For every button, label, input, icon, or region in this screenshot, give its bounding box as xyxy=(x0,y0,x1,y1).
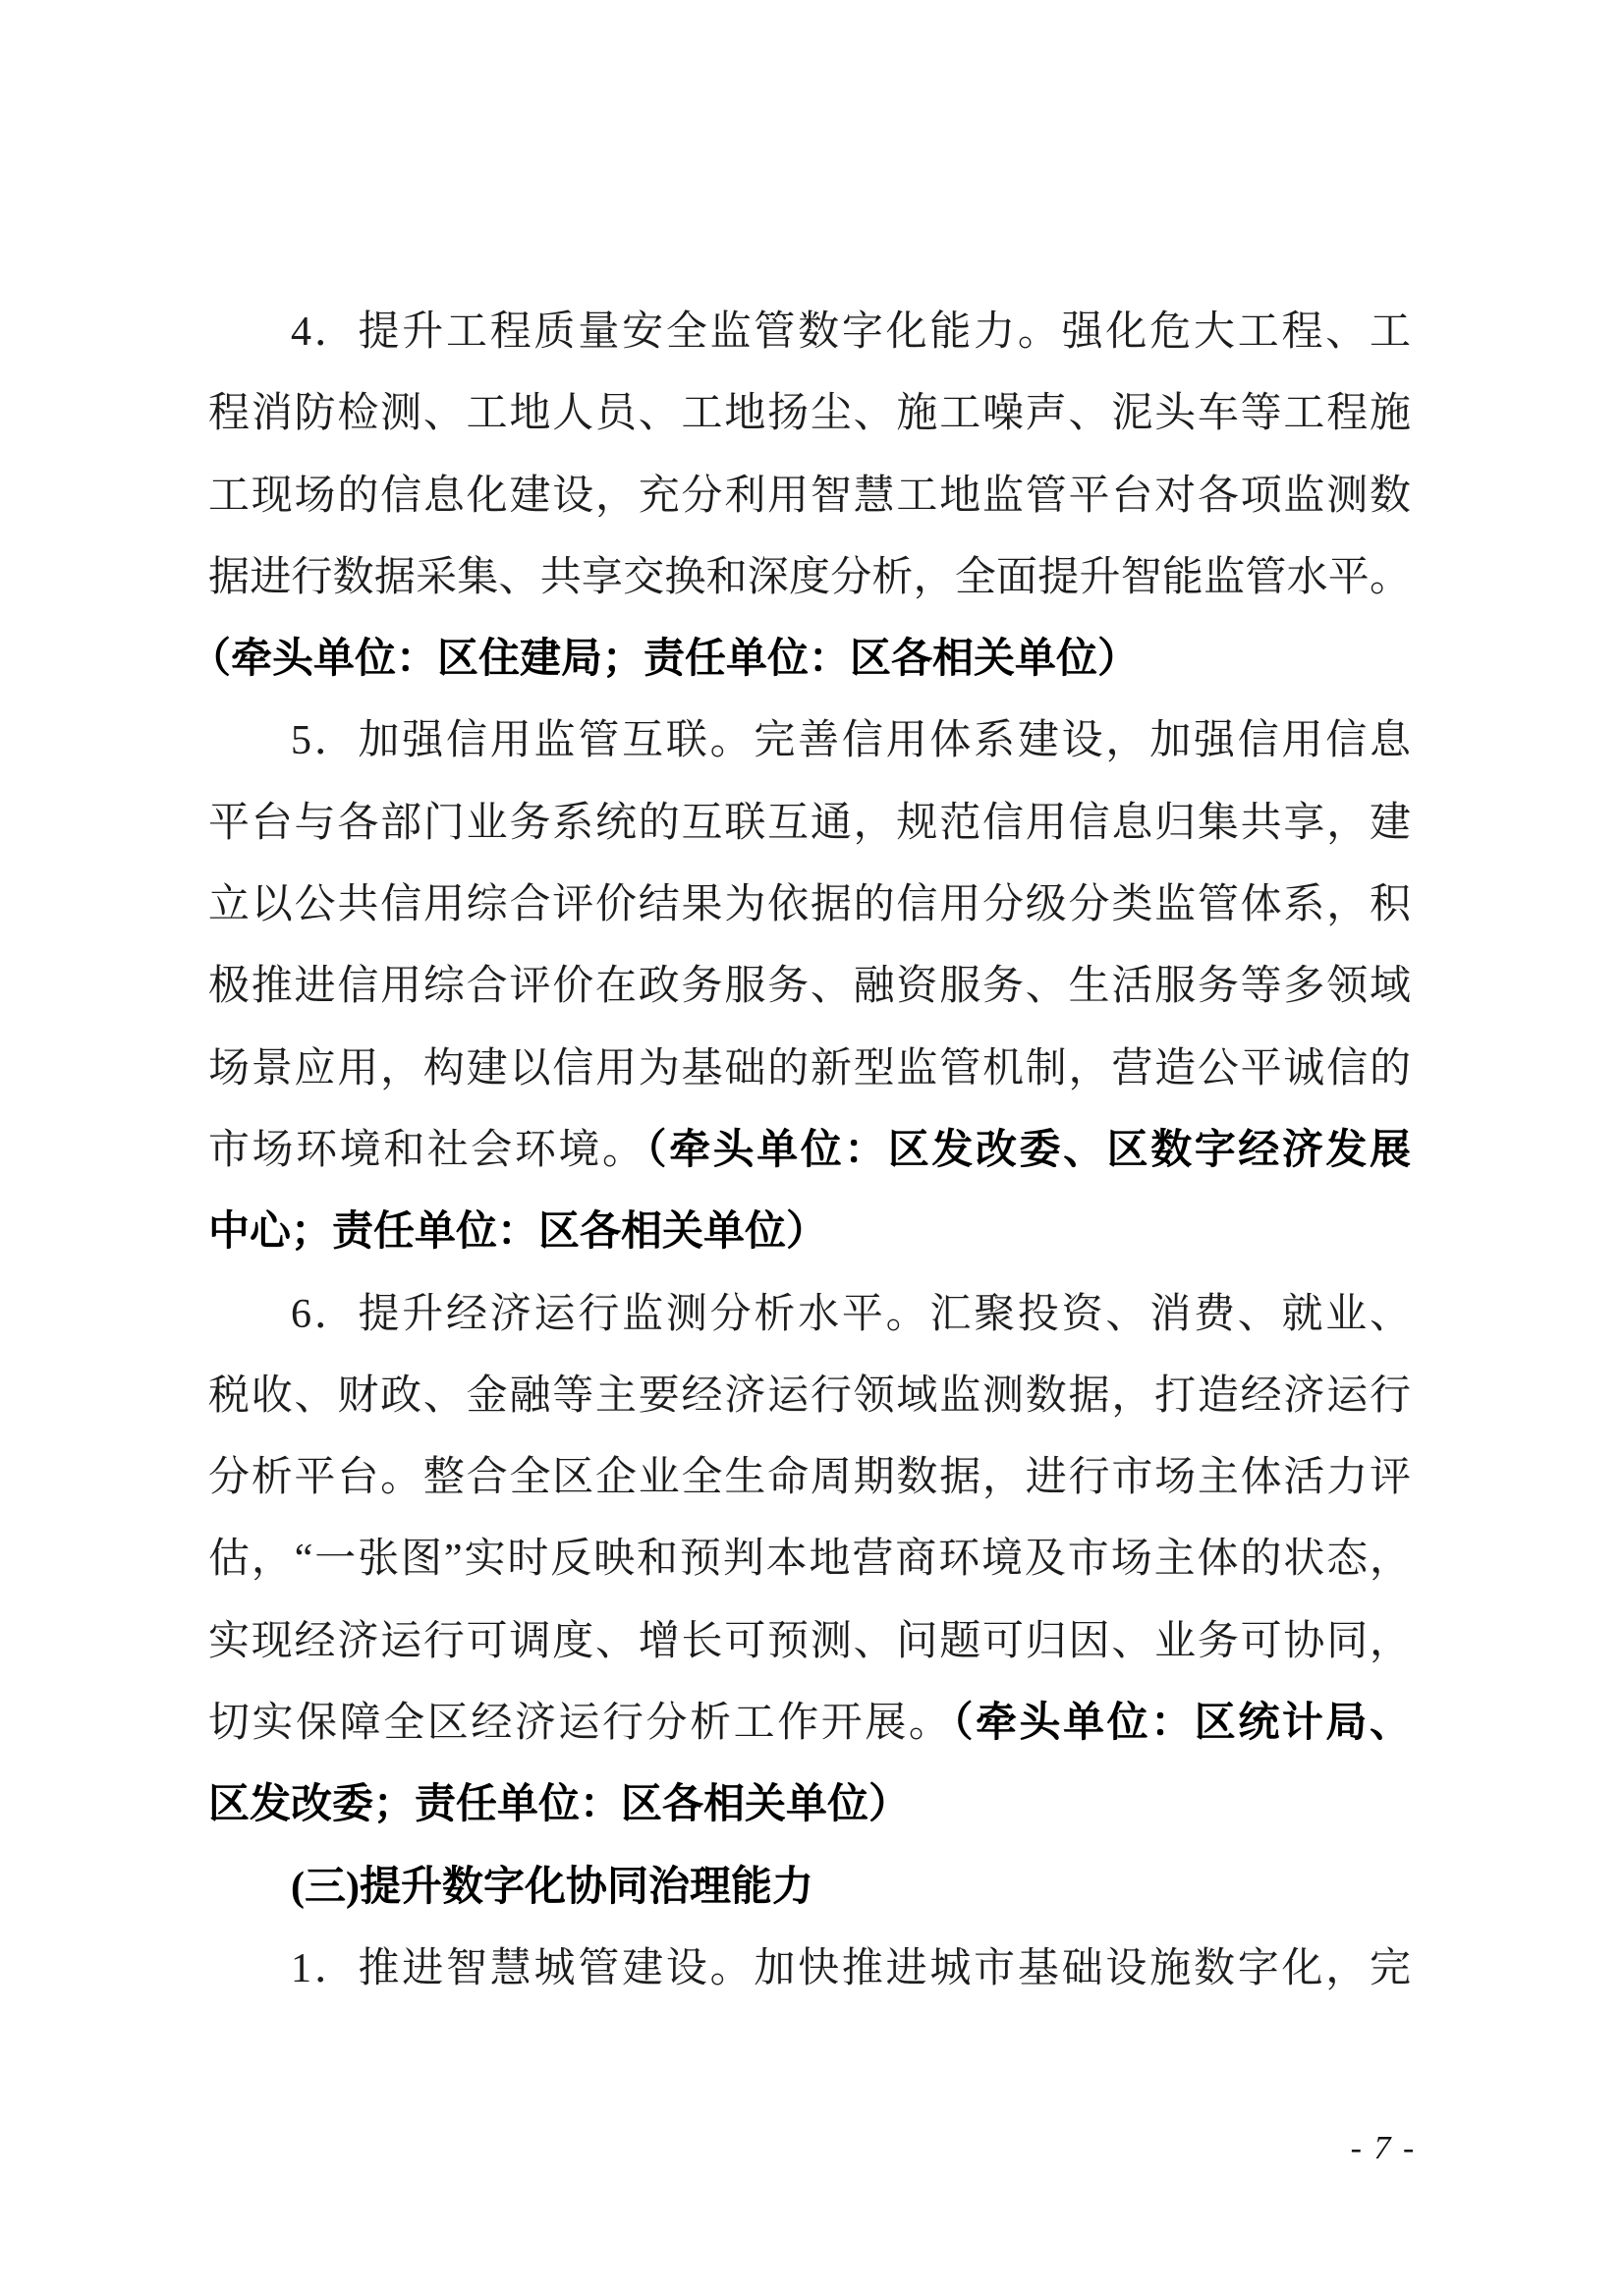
body-line: 5．加强信用监管互联。完善信用体系建设，加强信用信息 xyxy=(208,700,1411,782)
body-line: 6．提升经济运行监测分析水平。汇聚投资、消费、就业、 xyxy=(208,1274,1411,1356)
responsibility-note: （牵头单位：区统计局、 xyxy=(952,1701,1411,1746)
body-line: 切实保障全区经济运行分析工作开展。（牵头单位：区统计局、 xyxy=(208,1683,1411,1764)
body-line: 税收、财政、金融等主要经济运行领域监测数据，打造经济运行 xyxy=(208,1356,1411,1437)
body-line: 4．提升工程质量安全监管数字化能力。强化危大工程、工 xyxy=(208,292,1411,373)
line-text: 切实保障全区经济运行分析工作开展。 xyxy=(208,1701,952,1746)
line-text: 4．提升工程质量安全监管数字化能力。强化危大工程、工 xyxy=(291,309,1411,355)
line-text: 据进行数据采集、共享交换和深度分析，全面提升智能监管水平。 xyxy=(208,555,1411,600)
line-text: 程消防检测、工地人员、工地扬尘、施工噪声、泥头车等工程施 xyxy=(208,391,1411,436)
line-text: 实现经济运行可调度、增长可预测、问题可归因、业务可协同， xyxy=(208,1619,1411,1664)
body-line: 工现场的信息化建设，充分利用智慧工地监管平台对各项监测数 xyxy=(208,456,1411,537)
body-line: 极推进信用综合评价在政务服务、融资服务、生活服务等多领域 xyxy=(208,946,1411,1028)
body-line: 市场环境和社会环境。（牵头单位：区发改委、区数字经济发展 xyxy=(208,1110,1411,1192)
document-page: 4．提升工程质量安全监管数字化能力。强化危大工程、工 程消防检测、工地人员、工地… xyxy=(0,0,1623,2296)
line-text: 税收、财政、金融等主要经济运行领域监测数据，打造经济运行 xyxy=(208,1373,1411,1419)
body-line: 中心；责任单位：区各相关单位） xyxy=(208,1192,1411,1273)
body-line: 场景应用，构建以信用为基础的新型监管机制，营造公平诚信的 xyxy=(208,1029,1411,1110)
line-text: 平台与各部门业务系统的互联互通，规范信用信息归集共享，建 xyxy=(208,801,1411,846)
body-line: 平台与各部门业务系统的互联互通，规范信用信息归集共享，建 xyxy=(208,783,1411,865)
body-line: 据进行数据采集、共享交换和深度分析，全面提升智能监管水平。 xyxy=(208,537,1411,619)
line-text: 6．提升经济运行监测分析水平。汇聚投资、消费、就业、 xyxy=(291,1292,1411,1337)
body-line: (三)提升数字化协同治理能力 xyxy=(208,1847,1411,1929)
responsibility-note: （牵头单位：区发改委、区数字经济发展 xyxy=(646,1128,1411,1173)
section-heading: (三)提升数字化协同治理能力 xyxy=(291,1865,813,1910)
body-line: （牵头单位：区住建局；责任单位：区各相关单位） xyxy=(190,619,1411,700)
responsibility-note: （牵头单位：区住建局；责任单位：区各相关单位） xyxy=(190,637,1139,682)
body-line: 程消防检测、工地人员、工地扬尘、施工噪声、泥头车等工程施 xyxy=(208,373,1411,455)
responsibility-note: 区发改委；责任单位：区各相关单位） xyxy=(208,1782,910,1827)
line-text: 5．加强信用监管互联。完善信用体系建设，加强信用信息 xyxy=(291,718,1411,763)
body-line: 立以公共信用综合评价结果为依据的信用分级分类监管体系，积 xyxy=(208,865,1411,946)
line-text: 分析平台。整合全区企业全生命周期数据，进行市场主体活力评 xyxy=(208,1455,1411,1500)
responsibility-note: 中心；责任单位：区各相关单位） xyxy=(208,1209,827,1255)
body-line: 1．推进智慧城管建设。加快推进城市基础设施数字化，完 xyxy=(208,1929,1411,2010)
line-text: 工现场的信息化建设，充分利用智慧工地监管平台对各项监测数 xyxy=(208,474,1411,519)
body-line: 实现经济运行可调度、增长可预测、问题可归因、业务可协同， xyxy=(208,1601,1411,1683)
page-number: - 7 - xyxy=(1336,2130,1430,2167)
body-line: 估，“一张图”实时反映和预判本地营商环境及市场主体的状态， xyxy=(208,1519,1411,1600)
document-body: 4．提升工程质量安全监管数字化能力。强化危大工程、工 程消防检测、工地人员、工地… xyxy=(208,292,1411,2010)
line-text: 市场环境和社会环境。 xyxy=(208,1128,646,1173)
line-text: 1．推进智慧城管建设。加快推进城市基础设施数字化，完 xyxy=(291,1946,1411,1991)
line-text: 场景应用，构建以信用为基础的新型监管机制，营造公平诚信的 xyxy=(208,1046,1411,1092)
line-text: 估，“一张图”实时反映和预判本地营商环境及市场主体的状态， xyxy=(208,1537,1411,1582)
body-line: 区发改委；责任单位：区各相关单位） xyxy=(208,1764,1411,1846)
body-line: 分析平台。整合全区企业全生命周期数据，进行市场主体活力评 xyxy=(208,1437,1411,1519)
line-text: 极推进信用综合评价在政务服务、融资服务、生活服务等多领域 xyxy=(208,964,1411,1009)
line-text: 立以公共信用综合评价结果为依据的信用分级分类监管体系，积 xyxy=(208,882,1411,927)
